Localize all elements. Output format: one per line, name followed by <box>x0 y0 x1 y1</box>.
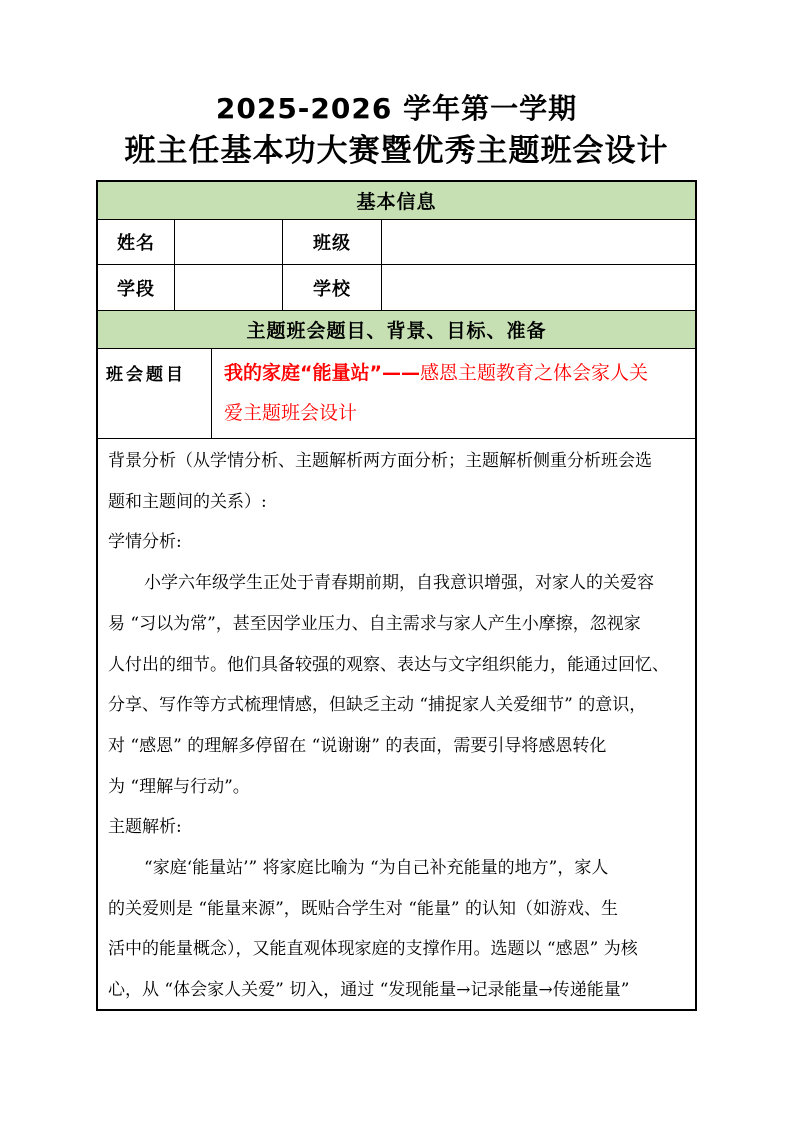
document-title-line1: 2025-2026 学年第一学期 <box>0 90 793 128</box>
school-label: 学校 <box>283 265 382 310</box>
name-value-cell[interactable] <box>175 220 283 264</box>
form-table: 基本信息 姓名 班级 学段 学校 主题班会题目、背景、目标、准备 班会题目 我的… <box>96 180 697 1011</box>
name-label: 姓名 <box>98 220 175 264</box>
school-stage-value-cell[interactable] <box>175 265 283 310</box>
class-value-cell[interactable] <box>382 220 695 264</box>
background-line: 心，从 “体会家人关爱” 切入，通过 “发现能量→记录能量→传递能量” <box>108 970 685 1009</box>
topic-label: 班会题目 <box>98 349 212 438</box>
background-line: 小学六年级学生正处于青春期前期，自我意识增强，对家人的关爱容 <box>108 563 685 604</box>
background-line: 对 “感恩” 的理解多停留在 “说谢谢” 的表面，需要引导将感恩转化 <box>108 726 685 767</box>
basic-info-section-header: 基本信息 <box>98 182 695 219</box>
background-line: 背景分析（从学情分析、主题解析两方面分析；主题解析侧重分析班会选 <box>108 441 685 482</box>
background-line: 分享、写作等方式梳理情感，但缺乏主动 “捕捉家人关爱细节” 的意识， <box>108 685 685 726</box>
background-analysis-row: 背景分析（从学情分析、主题解析两方面分析；主题解析侧重分析班会选 题和主题间的关… <box>98 439 695 1009</box>
background-line: “家庭‘能量站’” 将家庭比喻为 “为自己补充能量的地方”，家人 <box>108 848 685 889</box>
background-line: 为 “理解与行动”。 <box>108 767 685 808</box>
topic-row: 班会题目 我的家庭“能量站”——感恩主题教育之体会家人关 爱主题班会设计 <box>98 349 695 439</box>
background-line: 主题解析: <box>108 807 685 848</box>
basic-info-row-1: 姓名 班级 <box>98 220 695 265</box>
school-stage-label: 学段 <box>98 265 175 310</box>
topic-section-header: 主题班会题目、背景、目标、准备 <box>98 311 695 348</box>
document-title-line2: 班主任基本功大赛暨优秀主题班会设计 <box>0 128 793 174</box>
basic-info-row-2: 学段 学校 <box>98 265 695 311</box>
topic-title-rest-part: 感恩主题教育之体会家人关 <box>420 362 648 384</box>
background-line: 易 “习以为常”，甚至因学业压力、自主需求与家人产生小摩擦，忽视家 <box>108 604 685 645</box>
background-line: 学情分析: <box>108 522 685 563</box>
document-page: 2025-2026 学年第一学期 班主任基本功大赛暨优秀主题班会设计 基本信息 … <box>0 0 793 1122</box>
background-line: 活中的能量概念），又能直观体现家庭的支撑作用。选题以 “感恩” 为核 <box>108 929 685 970</box>
background-analysis-cell: 背景分析（从学情分析、主题解析两方面分析；主题解析侧重分析班会选 题和主题间的关… <box>98 439 695 1009</box>
topic-title-cell: 我的家庭“能量站”——感恩主题教育之体会家人关 爱主题班会设计 <box>212 349 695 438</box>
topic-title-line-1: 我的家庭“能量站”——感恩主题教育之体会家人关 <box>224 353 683 393</box>
background-line: 人付出的细节。他们具备较强的观察、表达与文字组织能力，能通过回忆、 <box>108 645 685 686</box>
background-line: 的关爱则是 “能量来源”，既贴合学生对 “能量” 的认知（如游戏、生 <box>108 889 685 930</box>
class-label: 班级 <box>283 220 382 264</box>
topic-title-bold-part: 我的家庭“能量站”—— <box>224 362 420 384</box>
section-header-row-topic: 主题班会题目、背景、目标、准备 <box>98 311 695 349</box>
topic-title-line-2: 爱主题班会设计 <box>224 393 683 433</box>
section-header-row-basic-info: 基本信息 <box>98 182 695 220</box>
background-line: 题和主题间的关系）: <box>108 482 685 523</box>
school-value-cell[interactable] <box>382 265 695 310</box>
